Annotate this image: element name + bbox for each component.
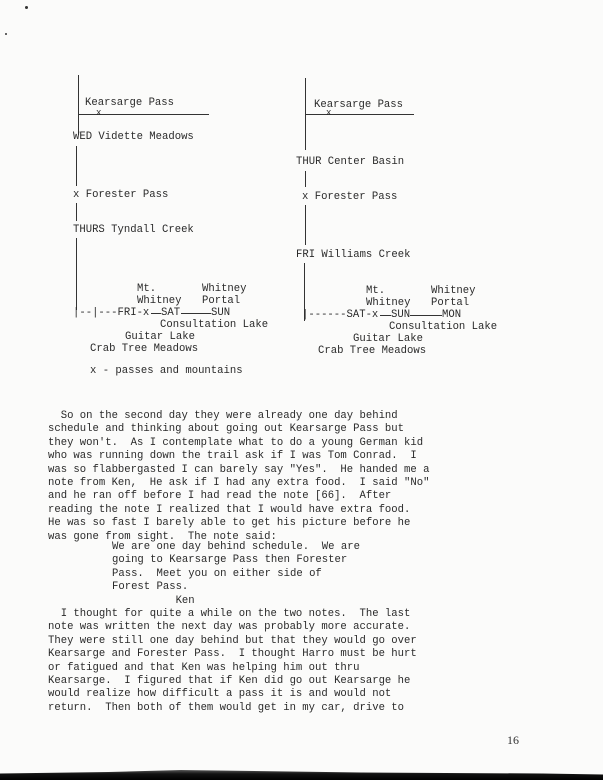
summit-label: Whitney	[137, 295, 182, 307]
day-stop: THUR Center Basin	[296, 156, 404, 168]
text-line: reading the note I realized that I would…	[48, 504, 429, 517]
scan-speck	[5, 33, 7, 35]
location-label: Crab Tree Meadows	[90, 343, 198, 355]
scan-bottom-edge	[0, 770, 603, 780]
scan-speck	[25, 6, 28, 9]
pass-stop: x Forester Pass	[73, 189, 168, 201]
day-stop: MON	[442, 309, 461, 321]
text-line: Ken	[112, 595, 360, 608]
location-label: Consultation Lake	[160, 319, 268, 331]
text-line: note from Ken, He ask if I had any extra…	[48, 477, 429, 490]
text-line: schedule and thinking about going out Ke…	[48, 423, 429, 436]
text-line: Forest Pass.	[112, 581, 360, 594]
route-segment: |--|---FRI-x	[73, 307, 149, 319]
trailhead-label: Whitney	[202, 283, 247, 295]
trailhead-label: Portal	[431, 297, 469, 309]
trail-line	[305, 171, 306, 187]
route-line	[181, 313, 211, 314]
text-line: going to Kearsarge Pass then Forester	[112, 554, 360, 567]
day-stop: SUN	[391, 309, 410, 321]
trailhead-label: Portal	[202, 295, 240, 307]
text-line: return. Then both of them would get in m…	[48, 702, 417, 715]
route-segment: |------SAT-x	[302, 309, 378, 321]
trail-line	[76, 146, 77, 186]
location-label: Consultation Lake	[389, 321, 497, 333]
text-line: would realize how difficult a pass it is…	[48, 688, 417, 701]
text-line: note was written the next day was probab…	[48, 621, 417, 634]
pass-stop: x Forester Pass	[302, 191, 397, 203]
pass-marker: x	[96, 107, 101, 119]
pass-marker: x	[326, 107, 331, 119]
route-line	[380, 315, 391, 316]
diagram-legend: x - passes and mountains	[90, 365, 243, 377]
text-line: who was running down the trail ask if I …	[48, 450, 429, 463]
route-line	[151, 313, 161, 314]
text-line: was so flabbergasted I can barely say "Y…	[48, 464, 429, 477]
location-label: Guitar Lake	[125, 331, 195, 343]
text-line: they won't. As I contemplate what to do …	[48, 437, 429, 450]
day-stop: SAT	[161, 307, 180, 319]
text-line: They were still one day behind but that …	[48, 635, 417, 648]
paragraph-2: I thought for quite a while on the two n…	[48, 608, 417, 715]
text-line: Kearsarge and Forester Pass. I thought H…	[48, 648, 417, 661]
day-stop: SUN	[211, 307, 230, 319]
location-label: Crab Tree Meadows	[318, 345, 426, 357]
text-line: or fatigued and that Ken was helping him…	[48, 662, 417, 675]
trail-line	[76, 238, 77, 310]
text-line: Kearsarge. I figured that if Ken did go …	[48, 675, 417, 688]
trail-line	[305, 205, 306, 245]
route-line	[410, 315, 442, 316]
paragraph-1: So on the second day they were already o…	[48, 410, 429, 544]
day-stop: WED Vidette Meadows	[73, 131, 194, 143]
trail-line	[78, 75, 79, 135]
text-line: So on the second day they were already o…	[48, 410, 429, 423]
trailhead-label: Whitney	[431, 285, 476, 297]
text-line: I thought for quite a while on the two n…	[48, 608, 417, 621]
pass-line	[306, 114, 414, 115]
text-line: We are one day behind schedule. We are	[112, 541, 360, 554]
summit-label: Mt.	[137, 283, 156, 295]
trail-line	[76, 203, 77, 221]
quoted-note: We are one day behind schedule. We arego…	[112, 541, 360, 608]
day-stop: THURS Tyndall Creek	[73, 224, 194, 236]
day-stop: FRI Williams Creek	[296, 249, 410, 261]
location-label: Guitar Lake	[353, 333, 423, 345]
summit-label: Mt.	[366, 285, 385, 297]
text-line: He was so fast I barely able to get his …	[48, 517, 429, 530]
trail-line	[305, 118, 306, 150]
page-number: 16	[507, 733, 519, 748]
text-line: and he ran off before I had read the not…	[48, 490, 429, 503]
summit-label: Whitney	[366, 297, 411, 309]
text-line: Pass. Meet you on either side of	[112, 568, 360, 581]
